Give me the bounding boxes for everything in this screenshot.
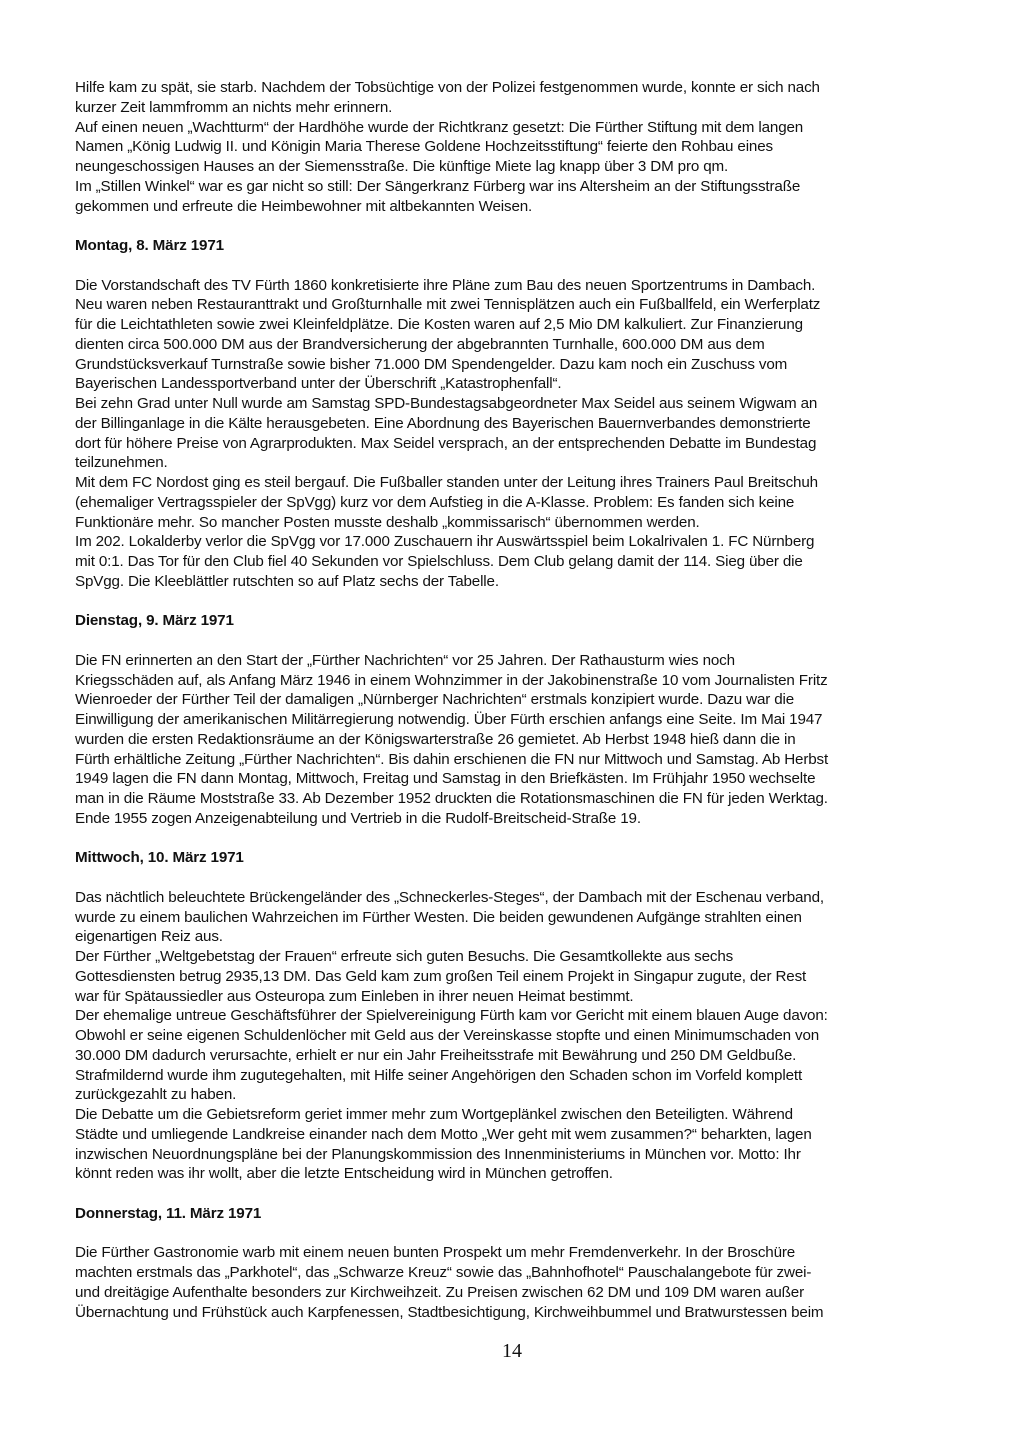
text-line: kurzer Zeit lammfromm an nichts mehr eri…	[75, 98, 957, 118]
paragraph: Der ehemalige untreue Geschäftsführer de…	[75, 1006, 957, 1105]
text-line: Die Fürther Gastronomie warb mit einem n…	[75, 1243, 957, 1263]
paragraph: Die Debatte um die Gebietsreform geriet …	[75, 1105, 957, 1184]
text-line: 1949 lagen die FN dann Montag, Mittwoch,…	[75, 769, 957, 789]
text-line: teilzunehmen.	[75, 453, 957, 473]
text-line: Strafmildernd wurde ihm zugutegehalten, …	[75, 1066, 957, 1086]
text-line: Wienroeder der Fürther Teil der damalige…	[75, 690, 957, 710]
text-line: zurückgezahlt zu haben.	[75, 1085, 957, 1105]
paragraph: Die Vorstandschaft des TV Fürth 1860 kon…	[75, 276, 957, 395]
text-line: dort für höhere Preise von Agrarprodukte…	[75, 434, 957, 454]
section-montag: Montag, 8. März 1971 Die Vorstandschaft …	[75, 236, 957, 592]
text-line: Mit dem FC Nordost ging es steil bergauf…	[75, 473, 957, 493]
text-line: SpVgg. Die Kleeblättler rutschten so auf…	[75, 572, 957, 592]
text-line: Bei zehn Grad unter Null wurde am Samsta…	[75, 394, 957, 414]
text-line: man in die Räume Moststraße 33. Ab Dezem…	[75, 789, 957, 809]
paragraph: Das nächtlich beleuchtete Brückengelände…	[75, 888, 957, 947]
text-line: Der ehemalige untreue Geschäftsführer de…	[75, 1006, 957, 1026]
paragraph: Die FN erinnerten an den Start der „Fürt…	[75, 651, 957, 829]
text-line: Die FN erinnerten an den Start der „Fürt…	[75, 651, 957, 671]
text-line: Obwohl er seine eigenen Schuldenlöcher m…	[75, 1026, 957, 1046]
text-line: Neu waren neben Restauranttrakt und Groß…	[75, 295, 957, 315]
text-line: Bayerischen Landessportverband unter der…	[75, 374, 957, 394]
text-line: Ende 1955 zogen Anzeigenabteilung und Ve…	[75, 809, 957, 829]
text-line: Die Vorstandschaft des TV Fürth 1860 kon…	[75, 276, 957, 296]
text-line: Auf einen neuen „Wachtturm“ der Hardhöhe…	[75, 118, 957, 138]
text-line: Funktionäre mehr. So mancher Posten muss…	[75, 513, 957, 533]
section-heading: Mittwoch, 10. März 1971	[75, 848, 957, 868]
text-line: inzwischen Neuordnungspläne bei der Plan…	[75, 1145, 957, 1165]
text-line: Gottesdiensten betrug 2935,13 DM. Das Ge…	[75, 967, 957, 987]
text-line: Übernachtung und Frühstück auch Karpfene…	[75, 1303, 957, 1323]
text-line: eigenartigen Reiz aus.	[75, 927, 957, 947]
text-line: gekommen und erfreute die Heimbewohner m…	[75, 197, 957, 217]
text-line: neungeschossigen Hauses an der Siemensst…	[75, 157, 957, 177]
text-line: Fürth erhältliche Zeitung „Fürther Nachr…	[75, 750, 957, 770]
document-page: Hilfe kam zu spät, sie starb. Nachdem de…	[75, 78, 957, 1322]
section-heading: Dienstag, 9. März 1971	[75, 611, 957, 631]
text-line: Grundstücksverkauf Turnstraße sowie bish…	[75, 355, 957, 375]
paragraph: Hilfe kam zu spät, sie starb. Nachdem de…	[75, 78, 957, 118]
paragraph: Die Fürther Gastronomie warb mit einem n…	[75, 1243, 957, 1322]
intro-block: Hilfe kam zu spät, sie starb. Nachdem de…	[75, 78, 957, 216]
text-line: der Billinganlage in die Kälte herausgeb…	[75, 414, 957, 434]
text-line: mit 0:1. Das Tor für den Club fiel 40 Se…	[75, 552, 957, 572]
paragraph: Auf einen neuen „Wachtturm“ der Hardhöhe…	[75, 118, 957, 177]
text-line: Kriegsschäden auf, als Anfang März 1946 …	[75, 671, 957, 691]
text-line: Namen „König Ludwig II. und Königin Mari…	[75, 137, 957, 157]
text-line: dienten circa 500.000 DM aus der Brandve…	[75, 335, 957, 355]
section-dienstag: Dienstag, 9. März 1971 Die FN erinnerten…	[75, 611, 957, 828]
paragraph: Der Fürther „Weltgebetstag der Frauen“ e…	[75, 947, 957, 1006]
section-heading: Donnerstag, 11. März 1971	[75, 1204, 957, 1224]
section-donnerstag: Donnerstag, 11. März 1971 Die Fürther Ga…	[75, 1204, 957, 1323]
paragraph: Im 202. Lokalderby verlor die SpVgg vor …	[75, 532, 957, 591]
text-line: und dreitägige Aufenthalte besonders zur…	[75, 1283, 957, 1303]
text-line: für die Leichtathleten sowie zwei Kleinf…	[75, 315, 957, 335]
text-line: Einwilligung der amerikanischen Militärr…	[75, 710, 957, 730]
text-line: Hilfe kam zu spät, sie starb. Nachdem de…	[75, 78, 957, 98]
text-line: Der Fürther „Weltgebetstag der Frauen“ e…	[75, 947, 957, 967]
paragraph: Im „Stillen Winkel“ war es gar nicht so …	[75, 177, 957, 217]
text-line: Das nächtlich beleuchtete Brückengelände…	[75, 888, 957, 908]
section-mittwoch: Mittwoch, 10. März 1971 Das nächtlich be…	[75, 848, 957, 1184]
text-line: Im „Stillen Winkel“ war es gar nicht so …	[75, 177, 957, 197]
text-line: wurde zu einem baulichen Wahrzeichen im …	[75, 908, 957, 928]
section-heading: Montag, 8. März 1971	[75, 236, 957, 256]
text-line: wurden die ersten Redaktionsräume an der…	[75, 730, 957, 750]
text-line: war für Spätaussiedler aus Osteuropa zum…	[75, 987, 957, 1007]
text-line: Die Debatte um die Gebietsreform geriet …	[75, 1105, 957, 1125]
text-line: könnt reden was ihr wollt, aber die letz…	[75, 1164, 957, 1184]
text-line: 30.000 DM dadurch verursachte, erhielt e…	[75, 1046, 957, 1066]
text-line: (ehemaliger Vertragsspieler der SpVgg) k…	[75, 493, 957, 513]
text-line: Städte und umliegende Landkreise einande…	[75, 1125, 957, 1145]
text-line: machten erstmals das „Parkhotel“, das „S…	[75, 1263, 957, 1283]
text-line: Im 202. Lokalderby verlor die SpVgg vor …	[75, 532, 957, 552]
page-number: 14	[0, 1340, 1024, 1363]
paragraph: Mit dem FC Nordost ging es steil bergauf…	[75, 473, 957, 532]
paragraph: Bei zehn Grad unter Null wurde am Samsta…	[75, 394, 957, 473]
